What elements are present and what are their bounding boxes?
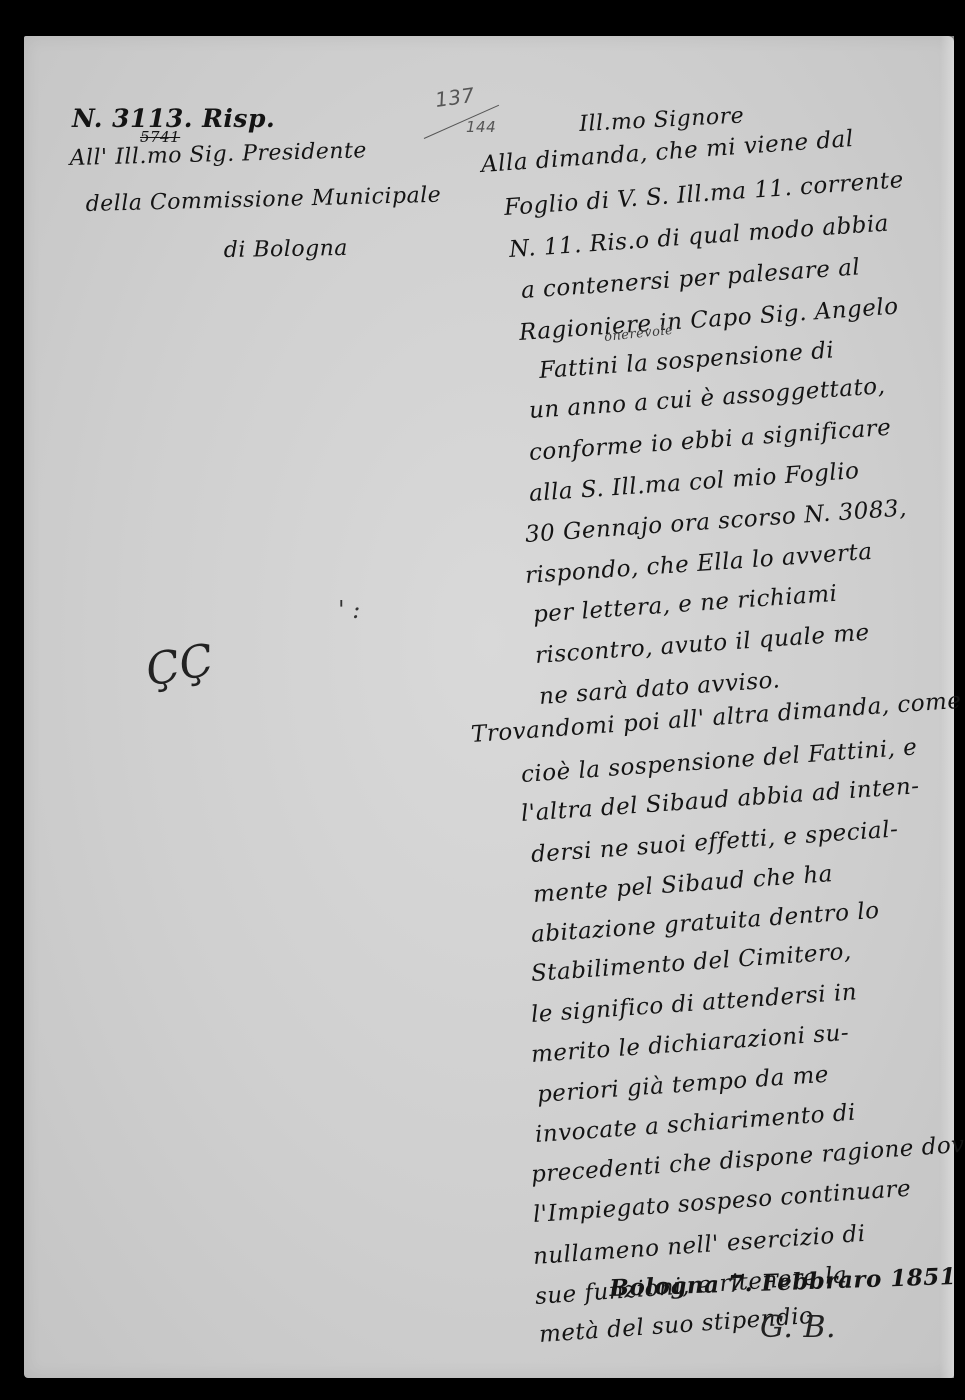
signature-initials: G. B.: [760, 1310, 836, 1345]
addressee-line-3: di Bologna: [224, 236, 349, 263]
archive-folio-subnumber: 144: [466, 118, 496, 136]
margin-ink-mark: ' :: [338, 596, 360, 624]
